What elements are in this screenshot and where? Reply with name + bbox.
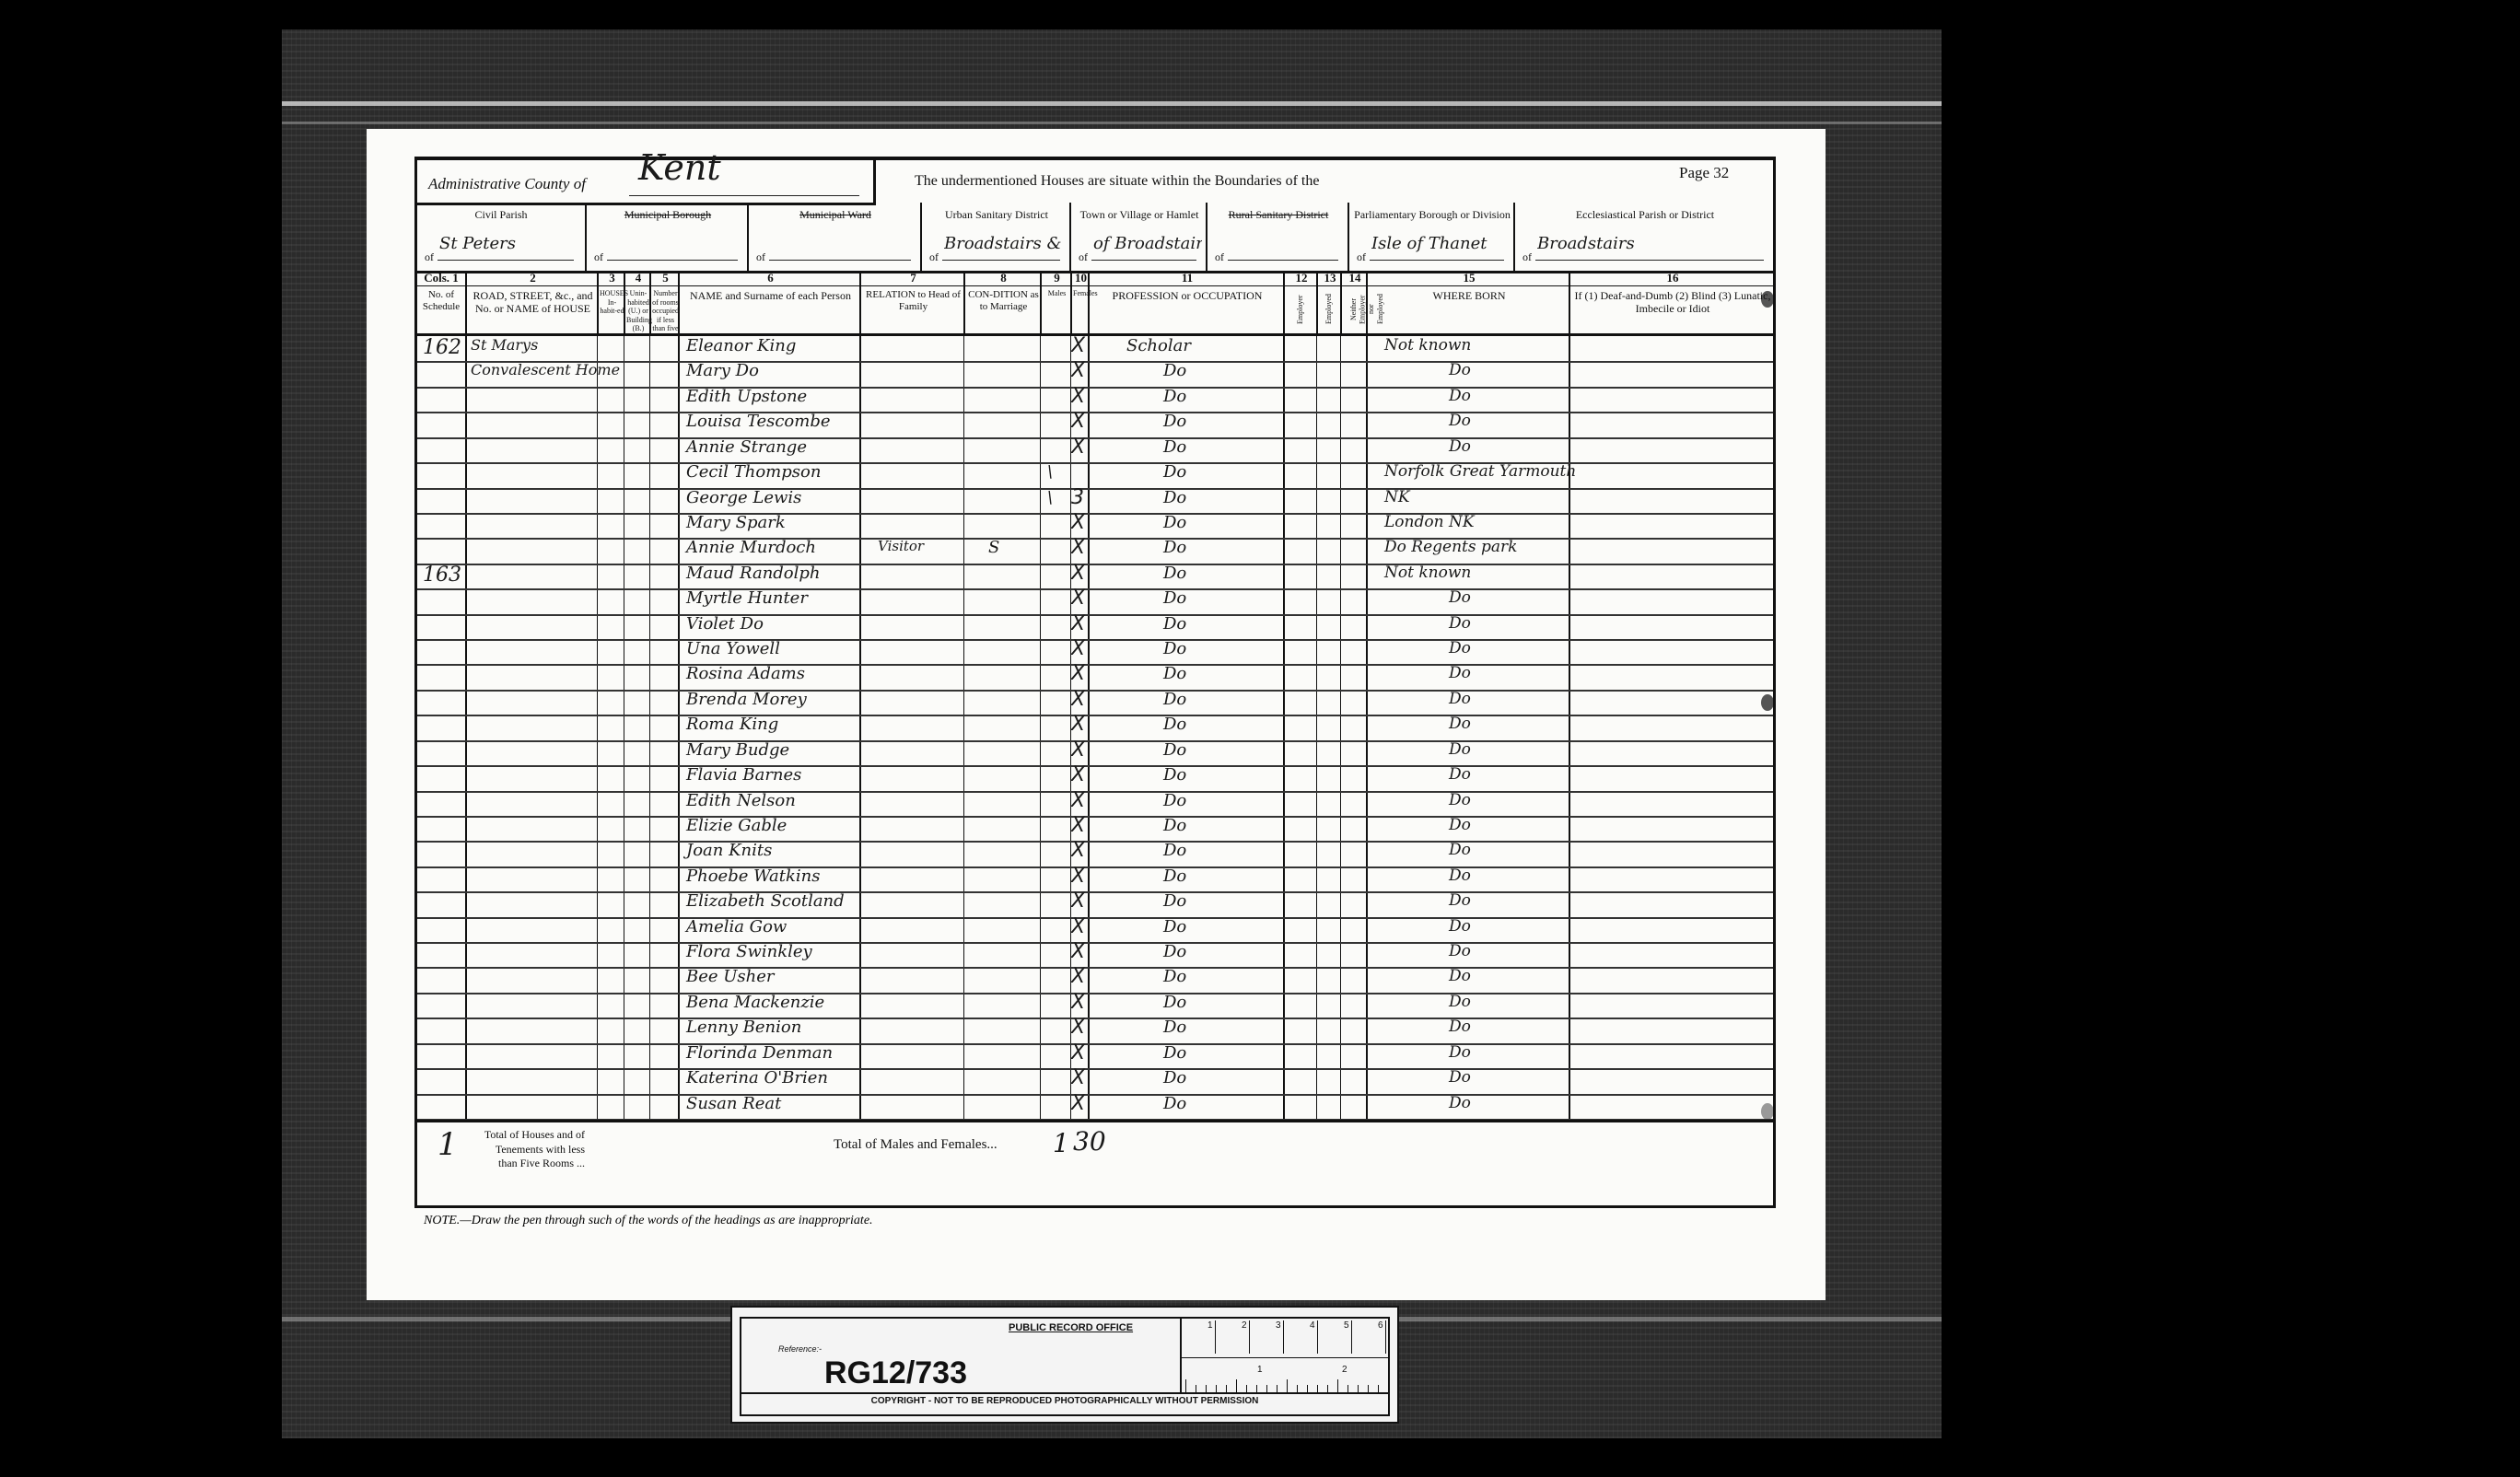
birthplace: Do <box>1449 361 1471 379</box>
person-name: Cecil Thompson <box>686 462 821 482</box>
occupation: Do <box>1163 412 1186 431</box>
person-name: Susan Reat <box>686 1094 781 1113</box>
census-row: Joan KnitsXDoDo <box>417 841 1773 867</box>
birthplace: Do <box>1449 387 1471 405</box>
column-header-7: 7RELATION to Head of Family <box>859 271 965 333</box>
column-number: 9 <box>1042 271 1072 286</box>
occupation: Scholar <box>1126 336 1191 355</box>
reference-number: RG12/733 <box>824 1355 967 1391</box>
census-row: Violet DoXDoDo <box>417 614 1773 641</box>
scale-tick-label: 5 <box>1344 1320 1352 1354</box>
of-prefix: of <box>425 250 434 264</box>
occupation: Do <box>1163 967 1186 986</box>
copyright-notice: COPYRIGHT - NOT TO BE REPRODUCED PHOTOGR… <box>741 1396 1388 1406</box>
record-office-label: PUBLIC RECORD OFFICE <box>1009 1322 1133 1333</box>
total-males: 1 <box>1053 1128 1069 1158</box>
admin-county-box: Administrative County of Kent <box>417 160 876 205</box>
column-number: 8 <box>965 271 1042 286</box>
column-header-5: 5Number of rooms occupied if less than f… <box>649 271 680 333</box>
age-female: X <box>1071 511 1085 534</box>
birthplace: Do <box>1449 993 1471 1011</box>
occupation: Do <box>1163 715 1186 734</box>
person-name: Elizie Gable <box>686 816 787 835</box>
age-female: X <box>1071 915 1085 938</box>
address: Convalescent Home <box>471 361 620 378</box>
census-row: Flora SwinkleyXDoDo <box>417 942 1773 969</box>
of-prefix: of <box>756 250 765 264</box>
column-header-4: 4Unin-habited (U.) or Building (B.) <box>624 271 651 333</box>
column-header-13: 13Employed <box>1316 271 1342 333</box>
header-field-label: Rural Sanitary District <box>1207 208 1349 222</box>
column-number: 15 <box>1368 271 1570 286</box>
age-female: X <box>1071 637 1085 660</box>
page-label: Page 32 <box>1679 164 1729 182</box>
occupation: Do <box>1163 588 1186 608</box>
age-female: X <box>1071 763 1085 786</box>
admin-county-label: Administrative County of <box>428 175 586 193</box>
header-field-label: Civil Parish <box>417 208 585 222</box>
age-female: X <box>1071 991 1085 1014</box>
header-field-parliamentary-borough-or-division: Parliamentary Borough or DivisionofIsle … <box>1347 203 1515 271</box>
header-field-label: Urban Sanitary District <box>922 208 1071 222</box>
scan-artifact-line <box>282 101 1942 106</box>
census-row: Elizabeth ScotlandXDoDo <box>417 891 1773 918</box>
census-row: Bena MackenzieXDoDo <box>417 993 1773 1019</box>
total-houses-value: 1 <box>437 1126 458 1163</box>
age-female: X <box>1071 839 1085 862</box>
census-row: Flavia BarnesXDoDo <box>417 765 1773 792</box>
occupation: Do <box>1163 614 1186 634</box>
occupation: Do <box>1163 942 1186 961</box>
column-number: 16 <box>1570 271 1775 286</box>
header-fields: Civil ParishofSt PetersMunicipal Borough… <box>417 203 1773 273</box>
header-field-value: Broadstairs & St Peters Local Board <box>944 234 1066 253</box>
column-label: WHERE BORN <box>1369 289 1569 302</box>
occupation: Do <box>1163 538 1186 557</box>
schedule-number: 163 <box>423 564 461 587</box>
column-label: HOUSES In-habit-ed <box>600 289 624 316</box>
birthplace: NK <box>1384 488 1410 506</box>
census-row: Brenda MoreyXDoDo <box>417 690 1773 716</box>
column-number: Cols. 1 <box>417 271 465 286</box>
person-name: Joan Knits <box>686 841 772 860</box>
header-field-label: Town or Village or Hamlet <box>1071 208 1207 222</box>
person-name: George Lewis <box>686 488 801 507</box>
age-male: \ <box>1047 462 1053 482</box>
header-field-label: Municipal Ward <box>749 208 922 222</box>
age-female: X <box>1071 940 1085 963</box>
birthplace: Not known <box>1384 564 1471 582</box>
reference-card: PUBLIC RECORD OFFICE Reference:- RG12/73… <box>730 1306 1399 1424</box>
census-row: Susan ReatXDoDo <box>417 1094 1773 1121</box>
age-female: X <box>1071 1066 1085 1089</box>
person-name: Rosina Adams <box>686 664 805 683</box>
census-row: Lenny BenionXDoDo <box>417 1018 1773 1044</box>
column-header-9: 9Males <box>1040 271 1072 333</box>
person-name: Flavia Barnes <box>686 765 801 785</box>
census-row: Mary BudgeXDoDo <box>417 740 1773 767</box>
birthplace: Do <box>1449 1068 1471 1087</box>
birthplace: Do <box>1449 437 1471 456</box>
header-field-value: of Broadstairs <box>1093 234 1202 253</box>
occupation: Do <box>1163 765 1186 785</box>
column-label: PROFESSION or OCCUPATION <box>1091 289 1284 302</box>
age-female: X <box>1071 789 1085 812</box>
person-name: Bee Usher <box>686 967 775 986</box>
birthplace: Do <box>1449 1094 1471 1112</box>
scale-tick-label: 2 <box>1242 1320 1250 1354</box>
of-prefix: of <box>594 250 603 264</box>
address: St Marys <box>471 336 538 354</box>
birthplace: Do <box>1449 1043 1471 1062</box>
column-label: Males <box>1043 289 1071 298</box>
occupation: Do <box>1163 891 1186 911</box>
column-label: CON-DITION as to Marriage <box>966 289 1041 313</box>
person-name: Florinda Denman <box>686 1043 833 1063</box>
age-female: X <box>1071 436 1085 459</box>
census-rows: 162St MarysEleanor KingXScholarNot known… <box>417 336 1773 1119</box>
header-field-town-or-village-or-hamlet: Town or Village or Hamletofof Broadstair… <box>1069 203 1207 271</box>
census-row: 163Maud RandolphXDoNot known <box>417 564 1773 590</box>
occupation: Do <box>1163 791 1186 810</box>
person-name: Katerina O'Brien <box>686 1068 828 1087</box>
census-row: Edith UpstoneXDoDo <box>417 387 1773 413</box>
column-number: 6 <box>680 271 861 286</box>
form-note: NOTE.—Draw the pen through such of the w… <box>424 1214 873 1228</box>
scale-tick-label: 6 <box>1378 1320 1386 1354</box>
person-name: Mary Do <box>686 361 759 380</box>
column-label: If (1) Deaf-and-Dumb (2) Blind (3) Lunat… <box>1571 289 1774 316</box>
occupation: Do <box>1163 740 1186 760</box>
age-female: X <box>1071 1092 1085 1115</box>
column-label: Unin-habited (U.) or Building (B.) <box>626 289 650 333</box>
census-row: Roma KingXDoDo <box>417 715 1773 741</box>
column-header-2: 2ROAD, STREET, &c., and No. or NAME of H… <box>465 271 599 333</box>
age-male: \ <box>1047 488 1053 507</box>
column-label: NAME and Surname of each Person <box>681 289 860 302</box>
occupation: Do <box>1163 1043 1186 1063</box>
person-name: Una Yowell <box>686 639 780 658</box>
column-label: Employer <box>1296 289 1305 330</box>
person-name: Eleanor King <box>686 336 796 355</box>
header-field-municipal-ward: Municipal Wardof <box>747 203 922 271</box>
header-field-value: St Peters <box>439 234 516 253</box>
birthplace: Do <box>1449 664 1471 682</box>
column-header-16: 16If (1) Deaf-and-Dumb (2) Blind (3) Lun… <box>1569 271 1775 333</box>
age-female: X <box>1071 890 1085 913</box>
census-row: Bee UsherXDoDo <box>417 967 1773 994</box>
column-number: 14 <box>1342 271 1368 286</box>
total-females: 30 <box>1073 1126 1106 1157</box>
age-female: X <box>1071 965 1085 988</box>
person-name: Mary Spark <box>686 513 786 532</box>
birthplace: Do Regents park <box>1384 538 1517 556</box>
column-header-6: 6NAME and Surname of each Person <box>678 271 861 333</box>
occupation: Do <box>1163 816 1186 835</box>
age-female: X <box>1071 385 1085 408</box>
column-number: 2 <box>467 271 599 286</box>
scale-tick-label: 1 <box>1257 1365 1263 1375</box>
age-female: X <box>1071 814 1085 837</box>
age-female: X <box>1071 587 1085 610</box>
measurement-scale: 12345612 <box>1180 1319 1390 1392</box>
census-row: Florinda DenmanXDoDo <box>417 1043 1773 1070</box>
age-female: X <box>1071 612 1085 635</box>
person-name: Mary Budge <box>686 740 789 760</box>
birthplace: Not known <box>1384 336 1471 355</box>
occupation: Do <box>1163 690 1186 709</box>
birthplace: Do <box>1449 715 1471 733</box>
header-field-value: Broadstairs <box>1537 234 1635 253</box>
census-row: Amelia GowXDoDo <box>417 917 1773 944</box>
person-name: Edith Nelson <box>686 791 796 810</box>
census-row: Convalescent HomeMary DoXDoDo <box>417 361 1773 388</box>
header-field-label: Municipal Borough <box>587 208 749 222</box>
birthplace: London NK <box>1384 513 1475 531</box>
column-header-8: 8CON-DITION as to Marriage <box>963 271 1042 333</box>
occupation: Do <box>1163 488 1186 507</box>
column-number: 4 <box>625 271 651 286</box>
column-header-11: 11PROFESSION or OCCUPATION <box>1088 271 1285 333</box>
header-field-ecclesiastical-parish-or-district: Ecclesiastical Parish or DistrictofBroad… <box>1513 203 1775 271</box>
column-label: Employed <box>1324 289 1334 330</box>
total-houses-label: Total of Houses and of Tenements with le… <box>484 1128 585 1171</box>
of-prefix: of <box>1357 250 1366 264</box>
census-row: Louisa TescombeXDoDo <box>417 412 1773 438</box>
occupation: Do <box>1163 1068 1186 1087</box>
age-female: X <box>1071 1016 1085 1039</box>
column-label: Number of rooms occupied if less than fi… <box>652 289 679 333</box>
age-female: X <box>1071 562 1085 585</box>
census-row: Annie StrangeXDoDo <box>417 437 1773 464</box>
census-row: George Lewis\3DoNK <box>417 488 1773 515</box>
age-female: 3 <box>1071 486 1084 509</box>
scale-tick-label: 4 <box>1310 1320 1318 1354</box>
person-name: Annie Murdoch <box>686 538 816 557</box>
birthplace: Do <box>1449 588 1471 607</box>
birthplace: Do <box>1449 891 1471 910</box>
occupation: Do <box>1163 361 1186 380</box>
header-field-municipal-borough: Municipal Boroughof <box>585 203 749 271</box>
birthplace: Do <box>1449 866 1471 885</box>
census-row: Elizie GableXDoDo <box>417 816 1773 843</box>
admin-county-value: Kent <box>638 147 721 188</box>
age-female: X <box>1071 713 1085 736</box>
birthplace: Do <box>1449 412 1471 430</box>
header-field-value: Isle of Thanet <box>1371 234 1487 253</box>
of-prefix: of <box>929 250 939 264</box>
occupation: Do <box>1163 462 1186 482</box>
header-field-rural-sanitary-district: Rural Sanitary Districtof <box>1206 203 1349 271</box>
age-female: X <box>1071 688 1085 711</box>
occupation: Do <box>1163 841 1186 860</box>
census-row: Katerina O'BrienXDoDo <box>417 1068 1773 1095</box>
person-name: Louisa Tescombe <box>686 412 831 431</box>
column-label: Females <box>1073 289 1089 298</box>
total-persons-label: Total of Males and Females... <box>834 1137 997 1153</box>
header-field-urban-sanitary-district: Urban Sanitary DistrictofBroadstairs & S… <box>920 203 1071 271</box>
header-field-label: Ecclesiastical Parish or District <box>1515 208 1775 222</box>
column-header-15: 15WHERE BORN <box>1366 271 1570 333</box>
column-label: No. of Schedule <box>418 289 464 313</box>
occupation: Do <box>1163 1018 1186 1037</box>
birthplace: Do <box>1449 639 1471 657</box>
person-name: Myrtle Hunter <box>686 588 808 608</box>
column-header-1: Cols. 1No. of Schedule <box>417 271 465 333</box>
census-row: Phoebe WatkinsXDoDo <box>417 866 1773 893</box>
age-female: X <box>1071 410 1085 433</box>
age-female: X <box>1071 1041 1085 1064</box>
person-name: Phoebe Watkins <box>686 866 821 886</box>
column-header-14: 14Neither Employer nor Employed <box>1340 271 1368 333</box>
top-banner: The undermentioned Houses are situate wi… <box>915 173 1319 190</box>
census-row: Una YowellXDoDo <box>417 639 1773 666</box>
birthplace: Do <box>1449 765 1471 784</box>
occupation: Do <box>1163 917 1186 936</box>
birthplace: Do <box>1449 967 1471 985</box>
scale-tick-label: 3 <box>1276 1320 1284 1354</box>
occupation: Do <box>1163 513 1186 532</box>
person-name: Roma King <box>686 715 778 734</box>
birthplace: Do <box>1449 942 1471 960</box>
age-female: X <box>1071 536 1085 559</box>
column-number: 5 <box>651 271 680 286</box>
person-name: Lenny Benion <box>686 1018 801 1037</box>
occupation: Do <box>1163 564 1186 583</box>
birthplace: Do <box>1449 1018 1471 1036</box>
column-header-10: 10Females <box>1070 271 1090 333</box>
birthplace: Do <box>1449 841 1471 859</box>
header-field-label: Parliamentary Borough or Division <box>1349 208 1515 222</box>
age-female: X <box>1071 738 1085 762</box>
reference-label: Reference:- <box>778 1344 822 1354</box>
census-row: Mary SparkXDoLondon NK <box>417 513 1773 540</box>
person-name: Bena Mackenzie <box>686 993 824 1012</box>
birthplace: Do <box>1449 791 1471 809</box>
person-name: Violet Do <box>686 614 764 634</box>
column-number: 11 <box>1090 271 1285 286</box>
birthplace: Do <box>1449 816 1471 834</box>
marital-condition: S <box>988 538 999 557</box>
of-prefix: of <box>1079 250 1088 264</box>
column-number: 12 <box>1285 271 1318 286</box>
birthplace: Do <box>1449 917 1471 936</box>
census-row: Cecil Thompson\DoNorfolk Great Yarmouth <box>417 462 1773 489</box>
column-header-12: 12Employer <box>1283 271 1318 333</box>
column-number: 13 <box>1318 271 1342 286</box>
column-label: ROAD, STREET, &c., and No. or NAME of HO… <box>468 289 598 316</box>
census-form: Administrative County of Kent The underm… <box>414 157 1776 1208</box>
column-headers: Cols. 1No. of Schedule2ROAD, STREET, &c.… <box>417 271 1773 336</box>
census-row: 162St MarysEleanor KingXScholarNot known <box>417 336 1773 363</box>
age-female: X <box>1071 334 1085 357</box>
occupation: Do <box>1163 866 1186 886</box>
birthplace: Do <box>1449 690 1471 708</box>
column-number: 3 <box>599 271 625 286</box>
totals-row: 1 Total of Houses and of Tenements with … <box>417 1120 1773 1205</box>
occupation: Do <box>1163 664 1186 683</box>
schedule-number: 162 <box>423 336 461 359</box>
age-female: X <box>1071 865 1085 888</box>
occupation: Do <box>1163 437 1186 457</box>
person-name: Edith Upstone <box>686 387 807 406</box>
occupation: Do <box>1163 993 1186 1012</box>
person-name: Flora Swinkley <box>686 942 812 961</box>
occupation: Do <box>1163 639 1186 658</box>
person-name: Maud Randolph <box>686 564 821 583</box>
age-female: X <box>1071 359 1085 382</box>
reference-card-inner: PUBLIC RECORD OFFICE Reference:- RG12/73… <box>740 1317 1390 1416</box>
person-name: Elizabeth Scotland <box>686 891 845 911</box>
age-female: X <box>1071 662 1085 685</box>
person-name: Brenda Morey <box>686 690 807 709</box>
microfilm-scan: Administrative County of Kent The underm… <box>282 29 1942 1438</box>
column-header-3: 3HOUSES In-habit-ed <box>597 271 625 333</box>
header-field-civil-parish: Civil ParishofSt Peters <box>417 203 585 271</box>
scale-tick-label: 2 <box>1342 1365 1347 1375</box>
relation: Visitor <box>878 538 924 554</box>
census-row: Annie MurdochVisitorSXDoDo Regents park <box>417 538 1773 564</box>
census-row: Rosina AdamsXDoDo <box>417 664 1773 691</box>
column-label: RELATION to Head of Family <box>862 289 964 313</box>
occupation: Do <box>1163 387 1186 406</box>
of-prefix: of <box>1215 250 1224 264</box>
occupation: Do <box>1163 1094 1186 1113</box>
column-number: 7 <box>861 271 965 286</box>
birthplace: Do <box>1449 740 1471 759</box>
birthplace: Do <box>1449 614 1471 633</box>
scan-artifact-line <box>282 122 1942 124</box>
birthplace: Norfolk Great Yarmouth <box>1384 462 1576 481</box>
person-name: Annie Strange <box>686 437 807 457</box>
census-row: Edith NelsonXDoDo <box>417 791 1773 818</box>
census-row: Myrtle HunterXDoDo <box>417 588 1773 615</box>
of-prefix: of <box>1522 250 1532 264</box>
census-page: Administrative County of Kent The underm… <box>367 129 1826 1300</box>
scale-tick-label: 1 <box>1207 1320 1216 1354</box>
person-name: Amelia Gow <box>686 917 787 936</box>
